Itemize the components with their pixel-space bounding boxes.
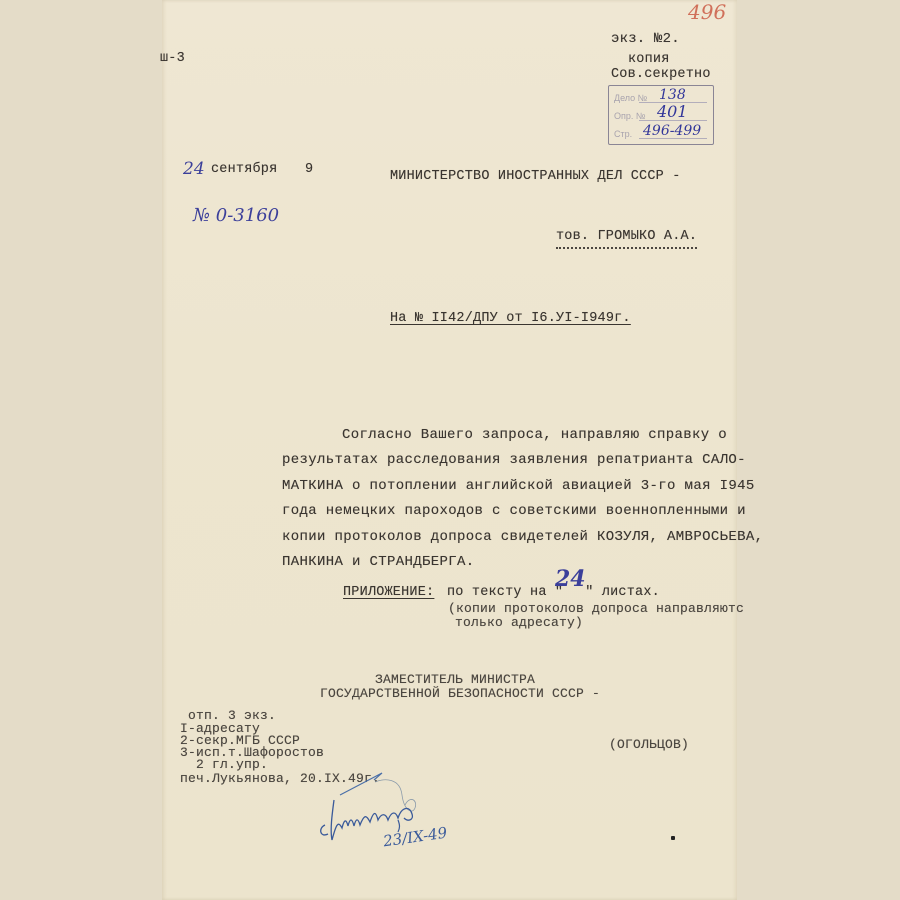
attachment-note-line1: (копии протоколов допроса направляютс [448, 602, 744, 615]
ink-dot [671, 836, 675, 840]
stamp-pages-value: 496-499 [643, 123, 701, 139]
body-line: МАТКИНА о потоплении английской авиацией… [282, 479, 755, 493]
reference-line: На № II42/ДПУ от I6.УI-I949г. [390, 312, 631, 326]
body-line: ПАНКИНА и СТРАНДБЕРГА. [282, 555, 475, 569]
outgoing-number-handwritten: № 0-3160 [193, 207, 279, 225]
stamp-inventory-value: 401 [657, 102, 688, 121]
copy-number: экз. №2. [611, 32, 680, 46]
handwritten-signature [300, 770, 480, 870]
attachment-note-line2: только адресату) [455, 616, 583, 629]
archive-stamp: Дело № 138 Опр. № 401 Стр. 496-499 [608, 85, 714, 145]
body-line: копии протоколов допроса свидетелей КОЗУ… [282, 530, 763, 544]
archive-page-number: 496 [688, 2, 726, 22]
body-line: результатах расследования заявления репа… [282, 453, 746, 467]
date-day-handwritten: 24 [183, 161, 205, 178]
classification-label: Сов.секретно [611, 68, 711, 82]
signatory-name: (ОГОЛЬЦОВ) [609, 738, 689, 751]
copy-label: копия [628, 53, 670, 67]
signatory-title-line2: ГОСУДАРСТВЕННОЙ БЕЗОПАСНОСТИ СССР - [320, 687, 600, 700]
body-line: Согласно Вашего запроса, направляю справ… [342, 428, 727, 442]
margin-code: ш-3 [160, 52, 185, 66]
stamp-row-pages: Стр. 496-499 [609, 123, 713, 141]
attachment-label: ПРИЛОЖЕНИЕ: [343, 586, 434, 600]
distribution-line: 2 гл.упр. [180, 758, 268, 771]
attachment-text: по тексту на "" листах. [447, 586, 660, 600]
addressee-organization: МИНИСТЕРСТВО ИНОСТРАННЫХ ДЕЛ СССР - [390, 170, 681, 184]
date-month: сентября [211, 163, 277, 177]
date-year-digit: 9 [305, 163, 313, 177]
signatory-title-line1: ЗАМЕСТИТЕЛЬ МИНИСТРА [375, 673, 535, 686]
attachment-sheets-handwritten: 24 [555, 568, 586, 590]
addressee-person: тов. ГРОМЫКО А.А. [556, 230, 697, 244]
body-line: года немецких пароходов с советскими вое… [282, 504, 746, 518]
stamp-row-inventory: Опр. № 401 [609, 105, 713, 123]
stamp-case-value: 138 [659, 87, 686, 103]
